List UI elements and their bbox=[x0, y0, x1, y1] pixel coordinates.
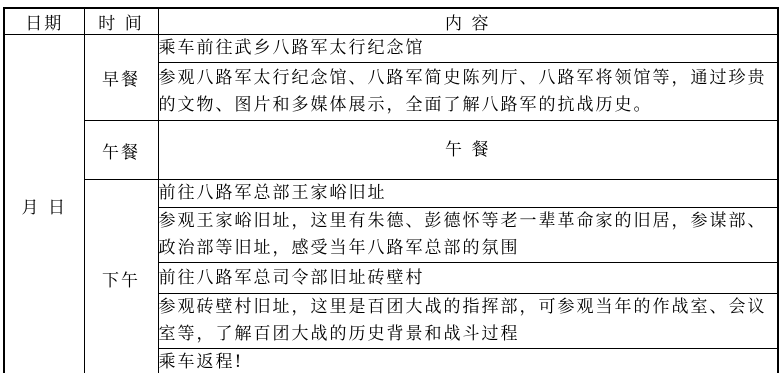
content-row: 参观砖壁村旧址，这里是百团大战的指挥部，可参观当年的作战室、会议室等，了解百团大… bbox=[158, 294, 778, 349]
content-row: 乘车返程! bbox=[158, 349, 778, 373]
header-content: 内 容 bbox=[158, 8, 778, 35]
table-header-row: 日期 时 间 内 容 bbox=[4, 8, 778, 35]
content-row: 午 餐 bbox=[158, 121, 778, 180]
content-row: 参观王家峪旧址，这里有朱德、彭德怀等老一辈革命家的旧居，参谋部、政治部等旧址，感… bbox=[158, 208, 778, 263]
content-row: 前往八路军总司令部旧址砖壁村 bbox=[158, 263, 778, 294]
header-time: 时 间 bbox=[84, 8, 158, 35]
header-date: 日期 bbox=[4, 8, 84, 35]
table-row: 午餐 午 餐 bbox=[4, 121, 778, 180]
page: 日期 时 间 内 容 月 日 早餐 乘车前往武乡八路军太行纪念馆 参观八路军太行… bbox=[0, 0, 780, 373]
content-row: 乘车前往武乡八路军太行纪念馆 bbox=[158, 35, 778, 63]
content-row: 前往八路军总部王家峪旧址 bbox=[158, 180, 778, 208]
table-row: 下午 前往八路军总部王家峪旧址 bbox=[4, 180, 778, 208]
table-row: 月 日 早餐 乘车前往武乡八路军太行纪念馆 bbox=[4, 35, 778, 63]
date-cell: 月 日 bbox=[4, 35, 84, 373]
time-cell-breakfast: 早餐 bbox=[84, 35, 158, 121]
itinerary-table: 日期 时 间 内 容 月 日 早餐 乘车前往武乡八路军太行纪念馆 参观八路军太行… bbox=[3, 7, 779, 373]
content-row: 参观八路军太行纪念馆、八路军简史陈列厅、八路军将领馆等，通过珍贵的文物、图片和多… bbox=[158, 63, 778, 121]
time-cell-lunch: 午餐 bbox=[84, 121, 158, 180]
time-cell-afternoon: 下午 bbox=[84, 180, 158, 373]
